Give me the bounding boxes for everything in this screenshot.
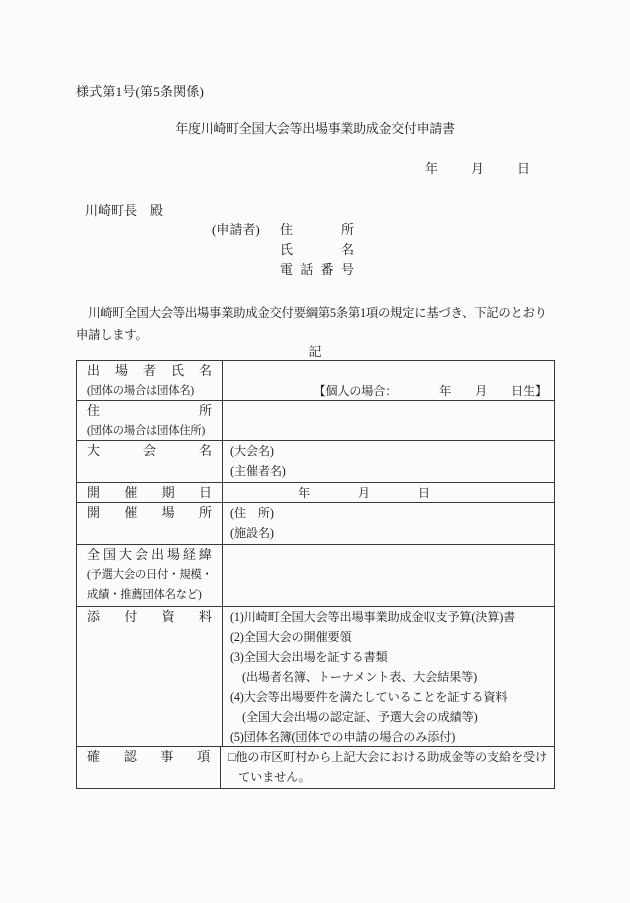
- row-label-sub: (団体の場合は団体名): [87, 381, 212, 401]
- venue-facility-hint: (施設名): [230, 523, 547, 543]
- attachment-item-note: (全国大会出場の認定証、予選大会の成績等): [230, 707, 547, 727]
- table-row-event-date: 開催期日 年 月 日: [77, 483, 554, 503]
- row-label-cell: 大会名: [77, 441, 223, 482]
- table-row-attachments: 添付資料 (1)川崎町全国大会等出場事業助成金収支予算(決算)書 (2)全国大会…: [77, 607, 554, 747]
- row-label-cell: 開催場所: [77, 503, 223, 544]
- table-row-tournament-name: 大会名 (大会名) (主催者名): [77, 441, 554, 483]
- body-line-1: 川崎町全国大会等出場事業助成金交付要綱第5条第1項の規定に基づき、下記のとおり: [76, 302, 556, 324]
- applicant-address-label: 住所: [280, 221, 354, 239]
- attachment-item: (1)川崎町全国大会等出場事業助成金収支予算(決算)書: [230, 607, 547, 627]
- attachment-item: (2)全国大会の開催要領: [230, 627, 547, 647]
- row-value-cell: 年 月 日: [223, 483, 554, 502]
- row-label-cell: 出場者氏名 (団体の場合は団体名): [77, 361, 223, 400]
- attachment-item: (4)大会等出場要件を満たしていることを証する資料: [230, 687, 547, 707]
- addressee: 川崎町長 殿: [85, 202, 163, 220]
- table-row-participant-name: 出場者氏名 (団体の場合は団体名) 【個人の場合： 年 月 日生】: [77, 361, 554, 401]
- applicant-name-label: 氏名: [280, 241, 354, 259]
- row-label-cell: 確認事項: [77, 747, 221, 788]
- row-label-sub: 成績・推薦団体名など): [87, 585, 212, 605]
- row-label-sub: (予選大会の日付・規模・: [87, 565, 212, 585]
- application-table: 出場者氏名 (団体の場合は団体名) 【個人の場合： 年 月 日生】 住所 (団体…: [76, 360, 555, 789]
- row-label-cell: 添付資料: [77, 607, 223, 746]
- applicant-phone-label: 電話番号: [280, 261, 354, 279]
- value-line: [230, 361, 547, 381]
- row-label: 開催期日: [87, 483, 212, 503]
- table-row-address: 住所 (団体の場合は団体住所): [77, 401, 554, 441]
- day-label: 日: [517, 160, 530, 178]
- row-label: 住所: [87, 401, 212, 421]
- row-label-cell: 全国大会出場経緯 (予選大会の日付・規模・ 成績・推薦団体名など): [77, 545, 223, 606]
- row-label: 確認事項: [87, 747, 210, 767]
- attachment-item: (5)団体名簿(団体での申請の場合のみ添付): [230, 727, 547, 747]
- row-value-cell: [223, 545, 554, 606]
- row-value-cell: (大会名) (主催者名): [223, 441, 554, 482]
- row-label-sub: (団体の場合は団体住所): [87, 421, 212, 441]
- form-number: 様式第1号(第5条関係): [76, 83, 204, 101]
- confirmation-text: 他の市区町村から上記大会における助成金等の支給を受け: [235, 750, 547, 764]
- body-line-2: 申請します。: [76, 324, 556, 346]
- row-label-cell: 開催期日: [77, 483, 223, 502]
- row-value-cell: 【個人の場合： 年 月 日生】: [223, 361, 554, 400]
- row-value-cell: [223, 401, 554, 440]
- row-label-cell: 住所 (団体の場合は団体住所): [77, 401, 223, 440]
- attachment-item-note: (出場者名簿、トーナメント表、大会結果等): [230, 667, 547, 687]
- row-value-cell: (住 所) (施設名): [223, 503, 554, 544]
- row-value-cell: (1)川崎町全国大会等出場事業助成金収支予算(決算)書 (2)全国大会の開催要領…: [223, 607, 554, 746]
- organizer-name-hint: (主催者名): [230, 461, 547, 481]
- confirmation-line-2: ていません。: [228, 767, 547, 787]
- row-label: 添付資料: [87, 607, 212, 627]
- table-row-qualification: 全国大会出場経緯 (予選大会の日付・規模・ 成績・推薦団体名など): [77, 545, 554, 607]
- row-label: 全国大会出場経緯: [87, 545, 212, 565]
- record-mark: 記: [0, 344, 630, 360]
- date-line: 年 月 日: [425, 160, 530, 178]
- attachment-item: (3)全国大会出場を証する書類: [230, 647, 547, 667]
- month-label: 月: [471, 160, 484, 178]
- value-line: [230, 421, 547, 441]
- year-label: 年: [425, 160, 438, 178]
- page-title: 年度川崎町全国大会等出場事業助成金交付申請書: [0, 120, 630, 138]
- event-date-fields: 年 月 日: [230, 483, 547, 503]
- value-line: [230, 401, 547, 421]
- body-paragraph: 川崎町全国大会等出場事業助成金交付要綱第5条第1項の規定に基づき、下記のとおり …: [76, 302, 556, 346]
- birthdate-note: 【個人の場合： 年 月 日生】: [230, 381, 547, 401]
- row-value-cell: □他の市区町村から上記大会における助成金等の支給を受け ていません。: [221, 747, 554, 788]
- tournament-name-hint: (大会名): [230, 441, 547, 461]
- applicant-heading: (申請者): [212, 221, 260, 239]
- table-row-confirmation: 確認事項 □他の市区町村から上記大会における助成金等の支給を受け ていません。: [77, 747, 554, 788]
- venue-address-hint: (住 所): [230, 503, 547, 523]
- row-label: 開催場所: [87, 503, 212, 523]
- table-row-venue: 開催場所 (住 所) (施設名): [77, 503, 554, 545]
- row-label: 大会名: [87, 441, 212, 461]
- document-page: 様式第1号(第5条関係) 年度川崎町全国大会等出場事業助成金交付申請書 年 月 …: [0, 0, 630, 903]
- confirmation-line: □他の市区町村から上記大会における助成金等の支給を受け: [228, 747, 547, 767]
- row-label: 出場者氏名: [87, 361, 212, 381]
